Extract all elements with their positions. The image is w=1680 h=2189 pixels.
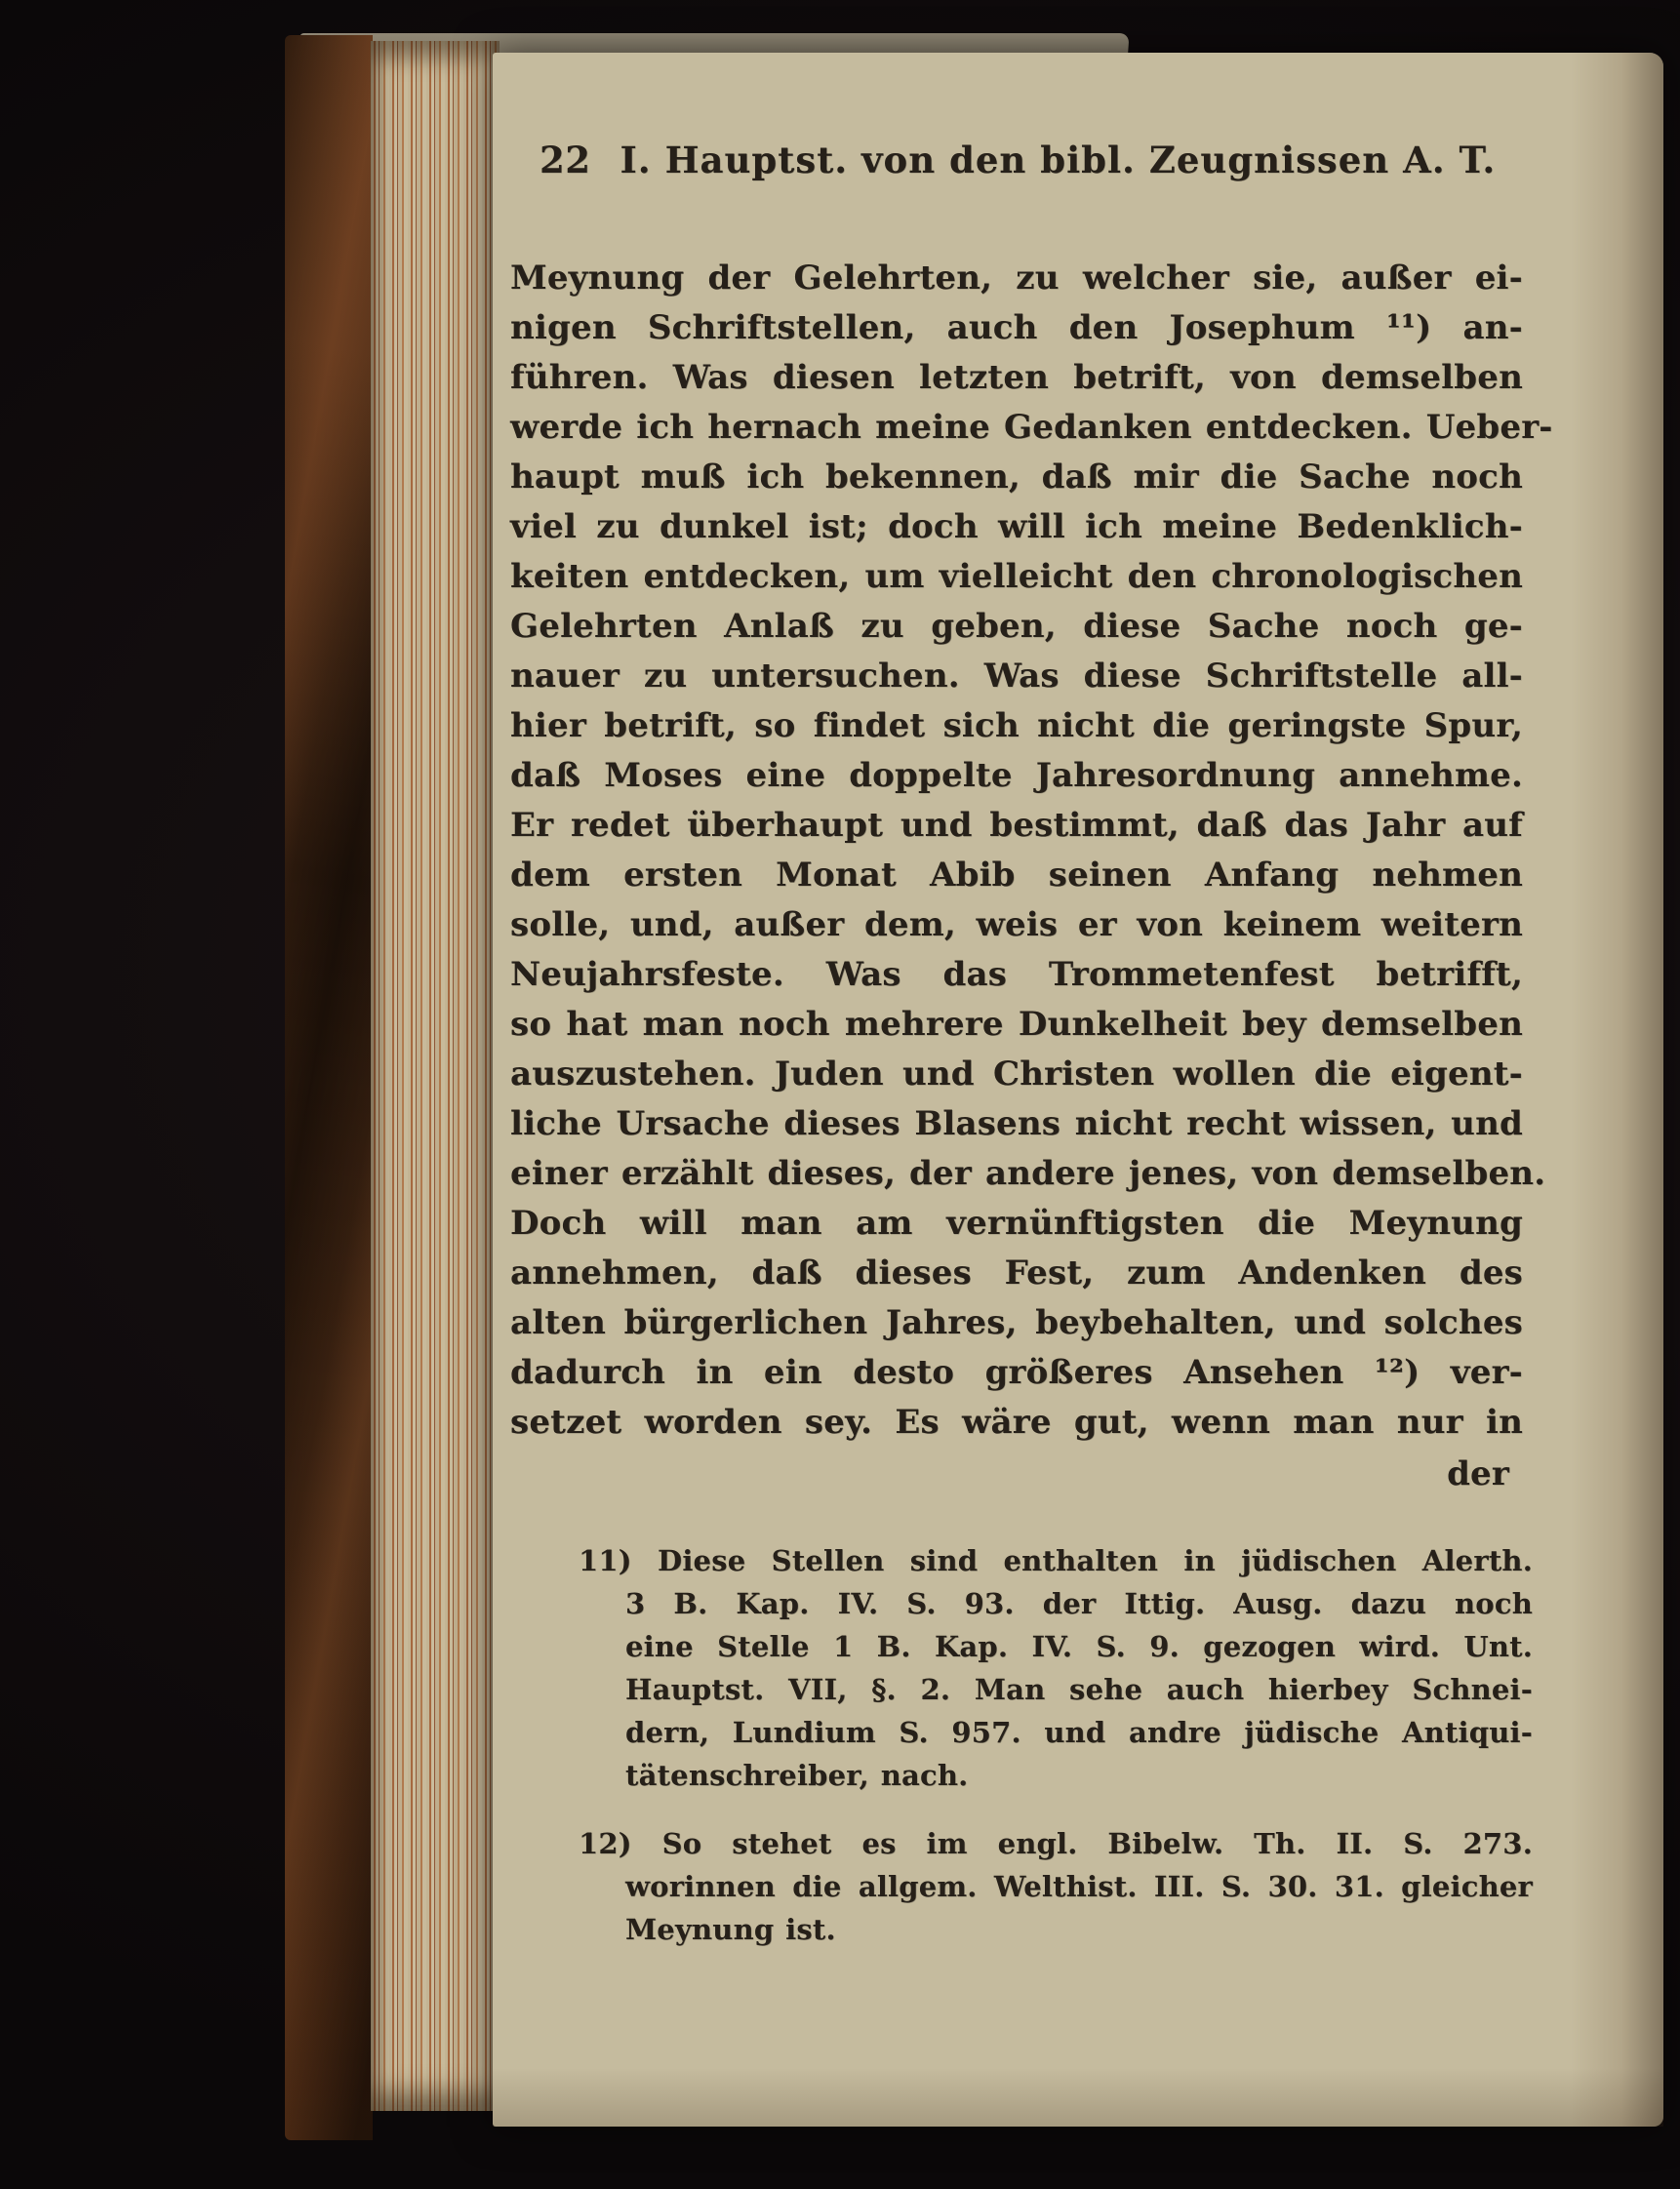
body-line: einer erzählt dieses, der andere jenes, … <box>510 1149 1523 1199</box>
footnotes: 11) Diese Stellen sind enthalten in jüdi… <box>579 1539 1533 1976</box>
body-line: dadurch in ein desto größeres Ansehen ¹²… <box>510 1348 1523 1398</box>
body-line: annehmen, daß dieses Fest, zum Andenken … <box>510 1249 1523 1298</box>
footnote-line: 11) Diese Stellen sind enthalten in jüdi… <box>579 1539 1533 1582</box>
book-cover-edge <box>285 35 373 2140</box>
footnote-11: 11) Diese Stellen sind enthalten in jüdi… <box>579 1539 1533 1797</box>
body-line: Neujahrsfeste. Was das Trommetenfest bet… <box>510 950 1523 1000</box>
running-title: I. Hauptst. von den bibl. Zeugnissen A. … <box>620 139 1497 181</box>
body-line: Meynung der Gelehrten, zu welcher sie, a… <box>510 254 1523 303</box>
body-line: solle, und, außer dem, weis er von keine… <box>510 900 1523 950</box>
body-line: daß Moses eine doppelte Jahresordnung an… <box>510 751 1523 801</box>
page-edge-stack <box>371 41 500 2111</box>
page-curve-shadow <box>1571 53 1663 2127</box>
body-line: haupt muß ich bekennen, daß mir die Sach… <box>510 453 1523 502</box>
footnote-line: eine Stelle 1 B. Kap. IV. S. 9. gezogen … <box>579 1625 1533 1668</box>
body-line: setzet worden sey. Es wäre gut, wenn man… <box>510 1398 1523 1448</box>
book-page: 22 I. Hauptst. von den bibl. Zeugnissen … <box>493 53 1663 2127</box>
body-line: so hat man noch mehrere Dunkelheit bey d… <box>510 1000 1523 1050</box>
body-line: Doch will man am vernünftigsten die Meyn… <box>510 1199 1523 1249</box>
page-bottom-shadow <box>493 2068 1663 2127</box>
footnote-line: dern, Lundium S. 957. und andre jüdische… <box>579 1711 1533 1754</box>
body-line: auszustehen. Juden und Christen wollen d… <box>510 1050 1523 1099</box>
body-line: werde ich hernach meine Gedanken entdeck… <box>510 403 1523 453</box>
footnote-line: Hauptst. VII, §. 2. Man sehe auch hierbe… <box>579 1668 1533 1711</box>
footnote-line: 3 B. Kap. IV. S. 93. der Ittig. Ausg. da… <box>579 1582 1533 1625</box>
body-line: Gelehrten Anlaß zu geben, diese Sache no… <box>510 602 1523 652</box>
body-line: Er redet überhaupt und bestimmt, daß das… <box>510 801 1523 851</box>
body-line: keiten entdecken, um vielleicht den chro… <box>510 552 1523 602</box>
page-header: 22 I. Hauptst. von den bibl. Zeugnissen … <box>540 139 1554 181</box>
body-line: dem ersten Monat Abib seinen Anfang nehm… <box>510 851 1523 900</box>
footnote-line: worinnen die allgem. Welthist. III. S. 3… <box>579 1865 1533 1908</box>
body-text: Meynung der Gelehrten, zu welcher sie, a… <box>510 254 1523 1500</box>
body-line: viel zu dunkel ist; doch will ich meine … <box>510 502 1523 552</box>
body-line: nauer zu untersuchen. Was diese Schrifts… <box>510 652 1523 701</box>
body-line: nigen Schriftstellen, auch den Josephum … <box>510 303 1523 353</box>
body-line: alten bürgerlichen Jahres, beybehalten, … <box>510 1298 1523 1348</box>
footnote-12: 12) So stehet es im engl. Bibelw. Th. II… <box>579 1822 1533 1951</box>
body-line: führen. Was diesen letzten betrift, von … <box>510 353 1523 403</box>
footnote-line: Meynung ist. <box>579 1908 1533 1951</box>
page-number: 22 <box>540 139 591 181</box>
footnote-line: 12) So stehet es im engl. Bibelw. Th. II… <box>579 1822 1533 1865</box>
body-line: liche Ursache dieses Blasens nicht recht… <box>510 1099 1523 1149</box>
body-line: hier betrift, so findet sich nicht die g… <box>510 701 1523 751</box>
scanned-book-photo: 22 I. Hauptst. von den bibl. Zeugnissen … <box>0 0 1680 2189</box>
catchword: der <box>510 1448 1523 1500</box>
footnote-line: tätenschreiber, nach. <box>579 1754 1533 1797</box>
